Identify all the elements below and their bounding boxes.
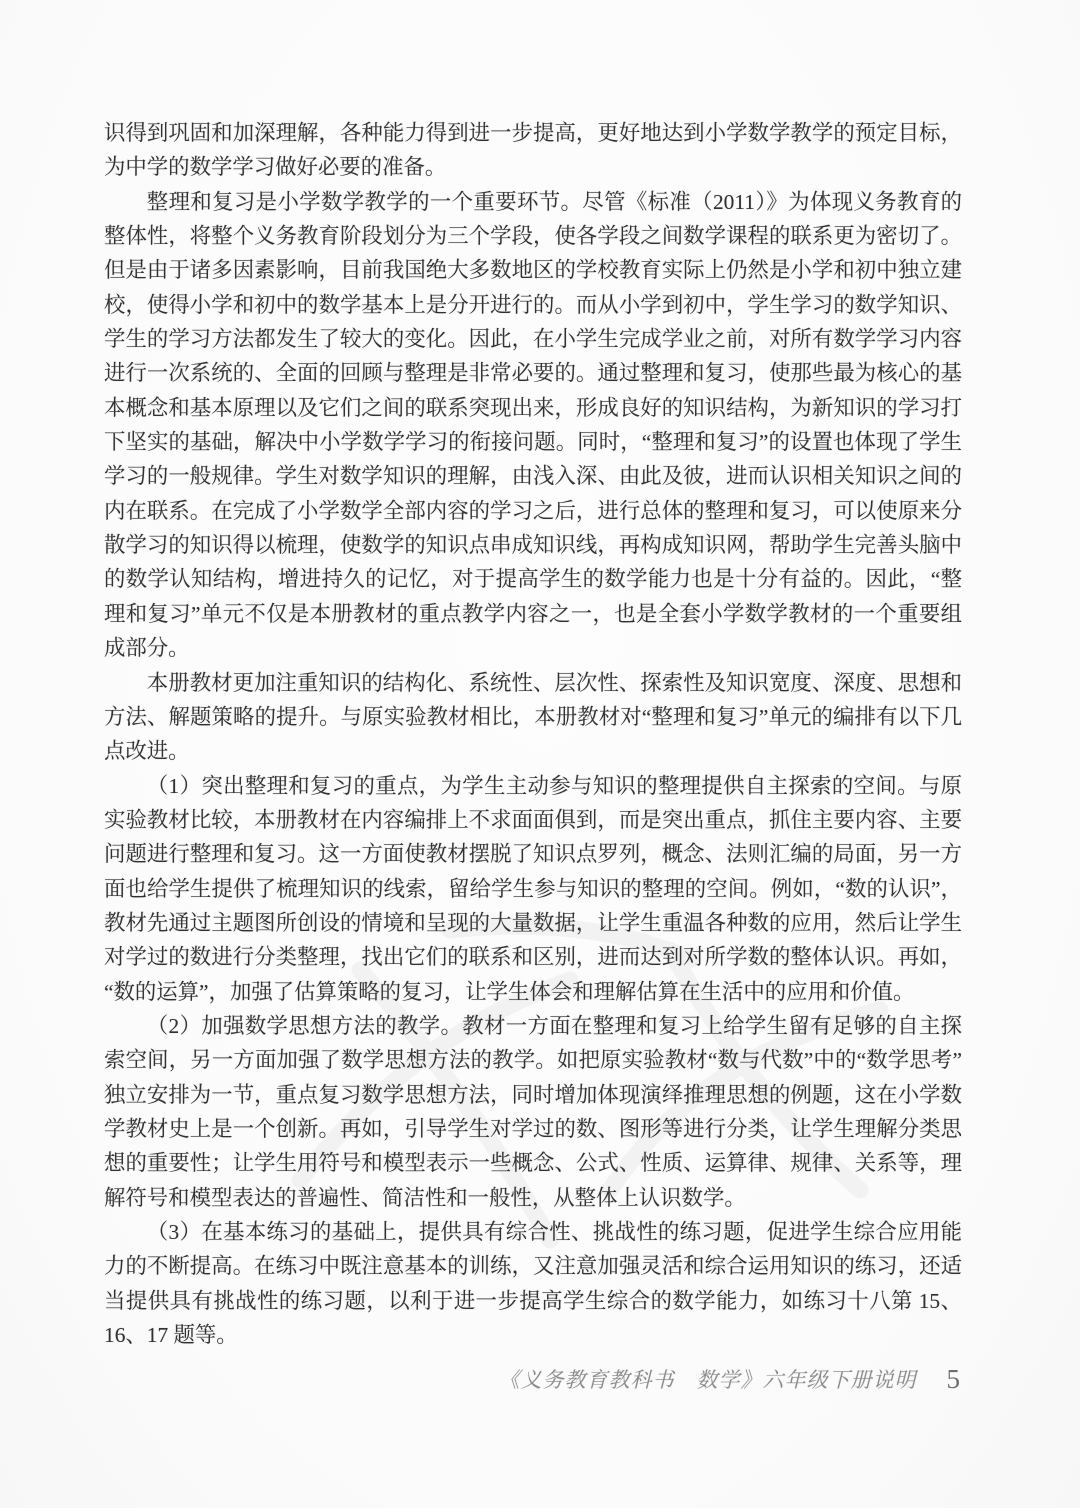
paragraph: （2）加强数学思想方法的教学。教材一方面在整理和复习上给学生留有足够的自主探索空…	[104, 1009, 962, 1215]
paragraph: 本册教材更加注重知识的结构化、系统性、层次性、探索性及知识宽度、深度、思想和方法…	[104, 666, 962, 769]
page-content: 识得到巩固和加深理解，各种能力得到进一步提高，更好地达到小学数学教学的预定目标，…	[104, 116, 962, 1352]
document-page: 识得到巩固和加深理解，各种能力得到进一步提高，更好地达到小学数学教学的预定目标，…	[0, 0, 1080, 1508]
footer-caption: 《义务教育教科书 数学》六年级下册说明	[499, 1368, 917, 1392]
paragraph: 整理和复习是小学数学教学的一个重要环节。尽管《标准（2011）》为体现义务教育的…	[104, 185, 962, 666]
paragraph: （1）突出整理和复习的重点，为学生主动参与知识的整理提供自主探索的空间。与原实验…	[104, 769, 962, 1009]
paragraph: （3）在基本练习的基础上，提供具有综合性、挑战性的练习题，促进学生综合应用能力的…	[104, 1215, 962, 1352]
page-number: 5	[947, 1364, 961, 1395]
page-footer: 《义务教育教科书 数学》六年级下册说明 5	[499, 1363, 961, 1394]
paragraph: 识得到巩固和加深理解，各种能力得到进一步提高，更好地达到小学数学教学的预定目标，…	[104, 116, 962, 185]
